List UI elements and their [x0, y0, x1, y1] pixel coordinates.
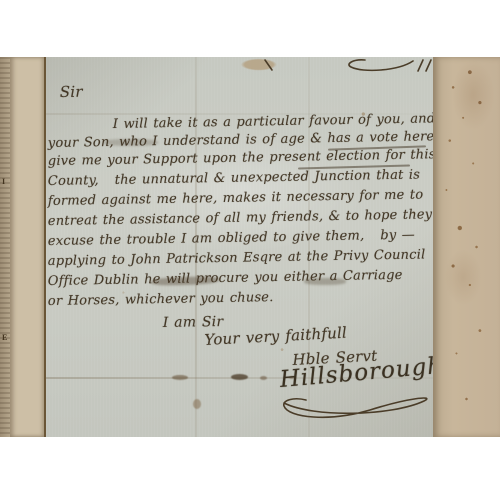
spine-printed-letter: E — [2, 333, 7, 342]
auction-photo-frame: I E Sir I will take it as — [0, 0, 500, 500]
cutoff-top-flourish — [343, 57, 443, 74]
letter-closing: Your very faithfull — [204, 324, 347, 349]
letter-line: County, the unnatural & unexpected Junct… — [48, 168, 420, 189]
letter-salutation: Sir — [60, 83, 83, 101]
letter-line: entreat the assistance of all my friends… — [48, 207, 462, 229]
ink-smudge — [104, 139, 158, 146]
letter-line: formed against me here, makes it necessa… — [48, 187, 424, 209]
book-spine-edge: I E — [0, 57, 10, 437]
letter-closing: I am Sir — [163, 314, 224, 331]
cutoff-top-mark — [263, 58, 275, 72]
letter-line: applying to John Patrickson Esqre at the… — [48, 247, 426, 269]
album-backing-page — [433, 57, 500, 437]
album-page-edge — [10, 57, 44, 437]
letter-line: or Horses, whichever you chuse. — [48, 290, 274, 309]
signature-flourish — [274, 395, 446, 425]
ink-smudge — [304, 278, 346, 285]
letter-page: Sir I will take it as a particular favou… — [44, 57, 435, 437]
ink-stain — [193, 399, 201, 409]
ink-stain — [231, 374, 248, 380]
letter-photograph: I E Sir I will take it as — [0, 57, 500, 437]
letter-line: excuse the trouble I am obliged to give … — [48, 228, 415, 249]
letter-line: Office Dublin he will procure you either… — [48, 268, 403, 289]
ink-stain — [172, 375, 188, 380]
spine-printed-letter: I — [2, 177, 5, 186]
ink-stain — [260, 376, 267, 380]
